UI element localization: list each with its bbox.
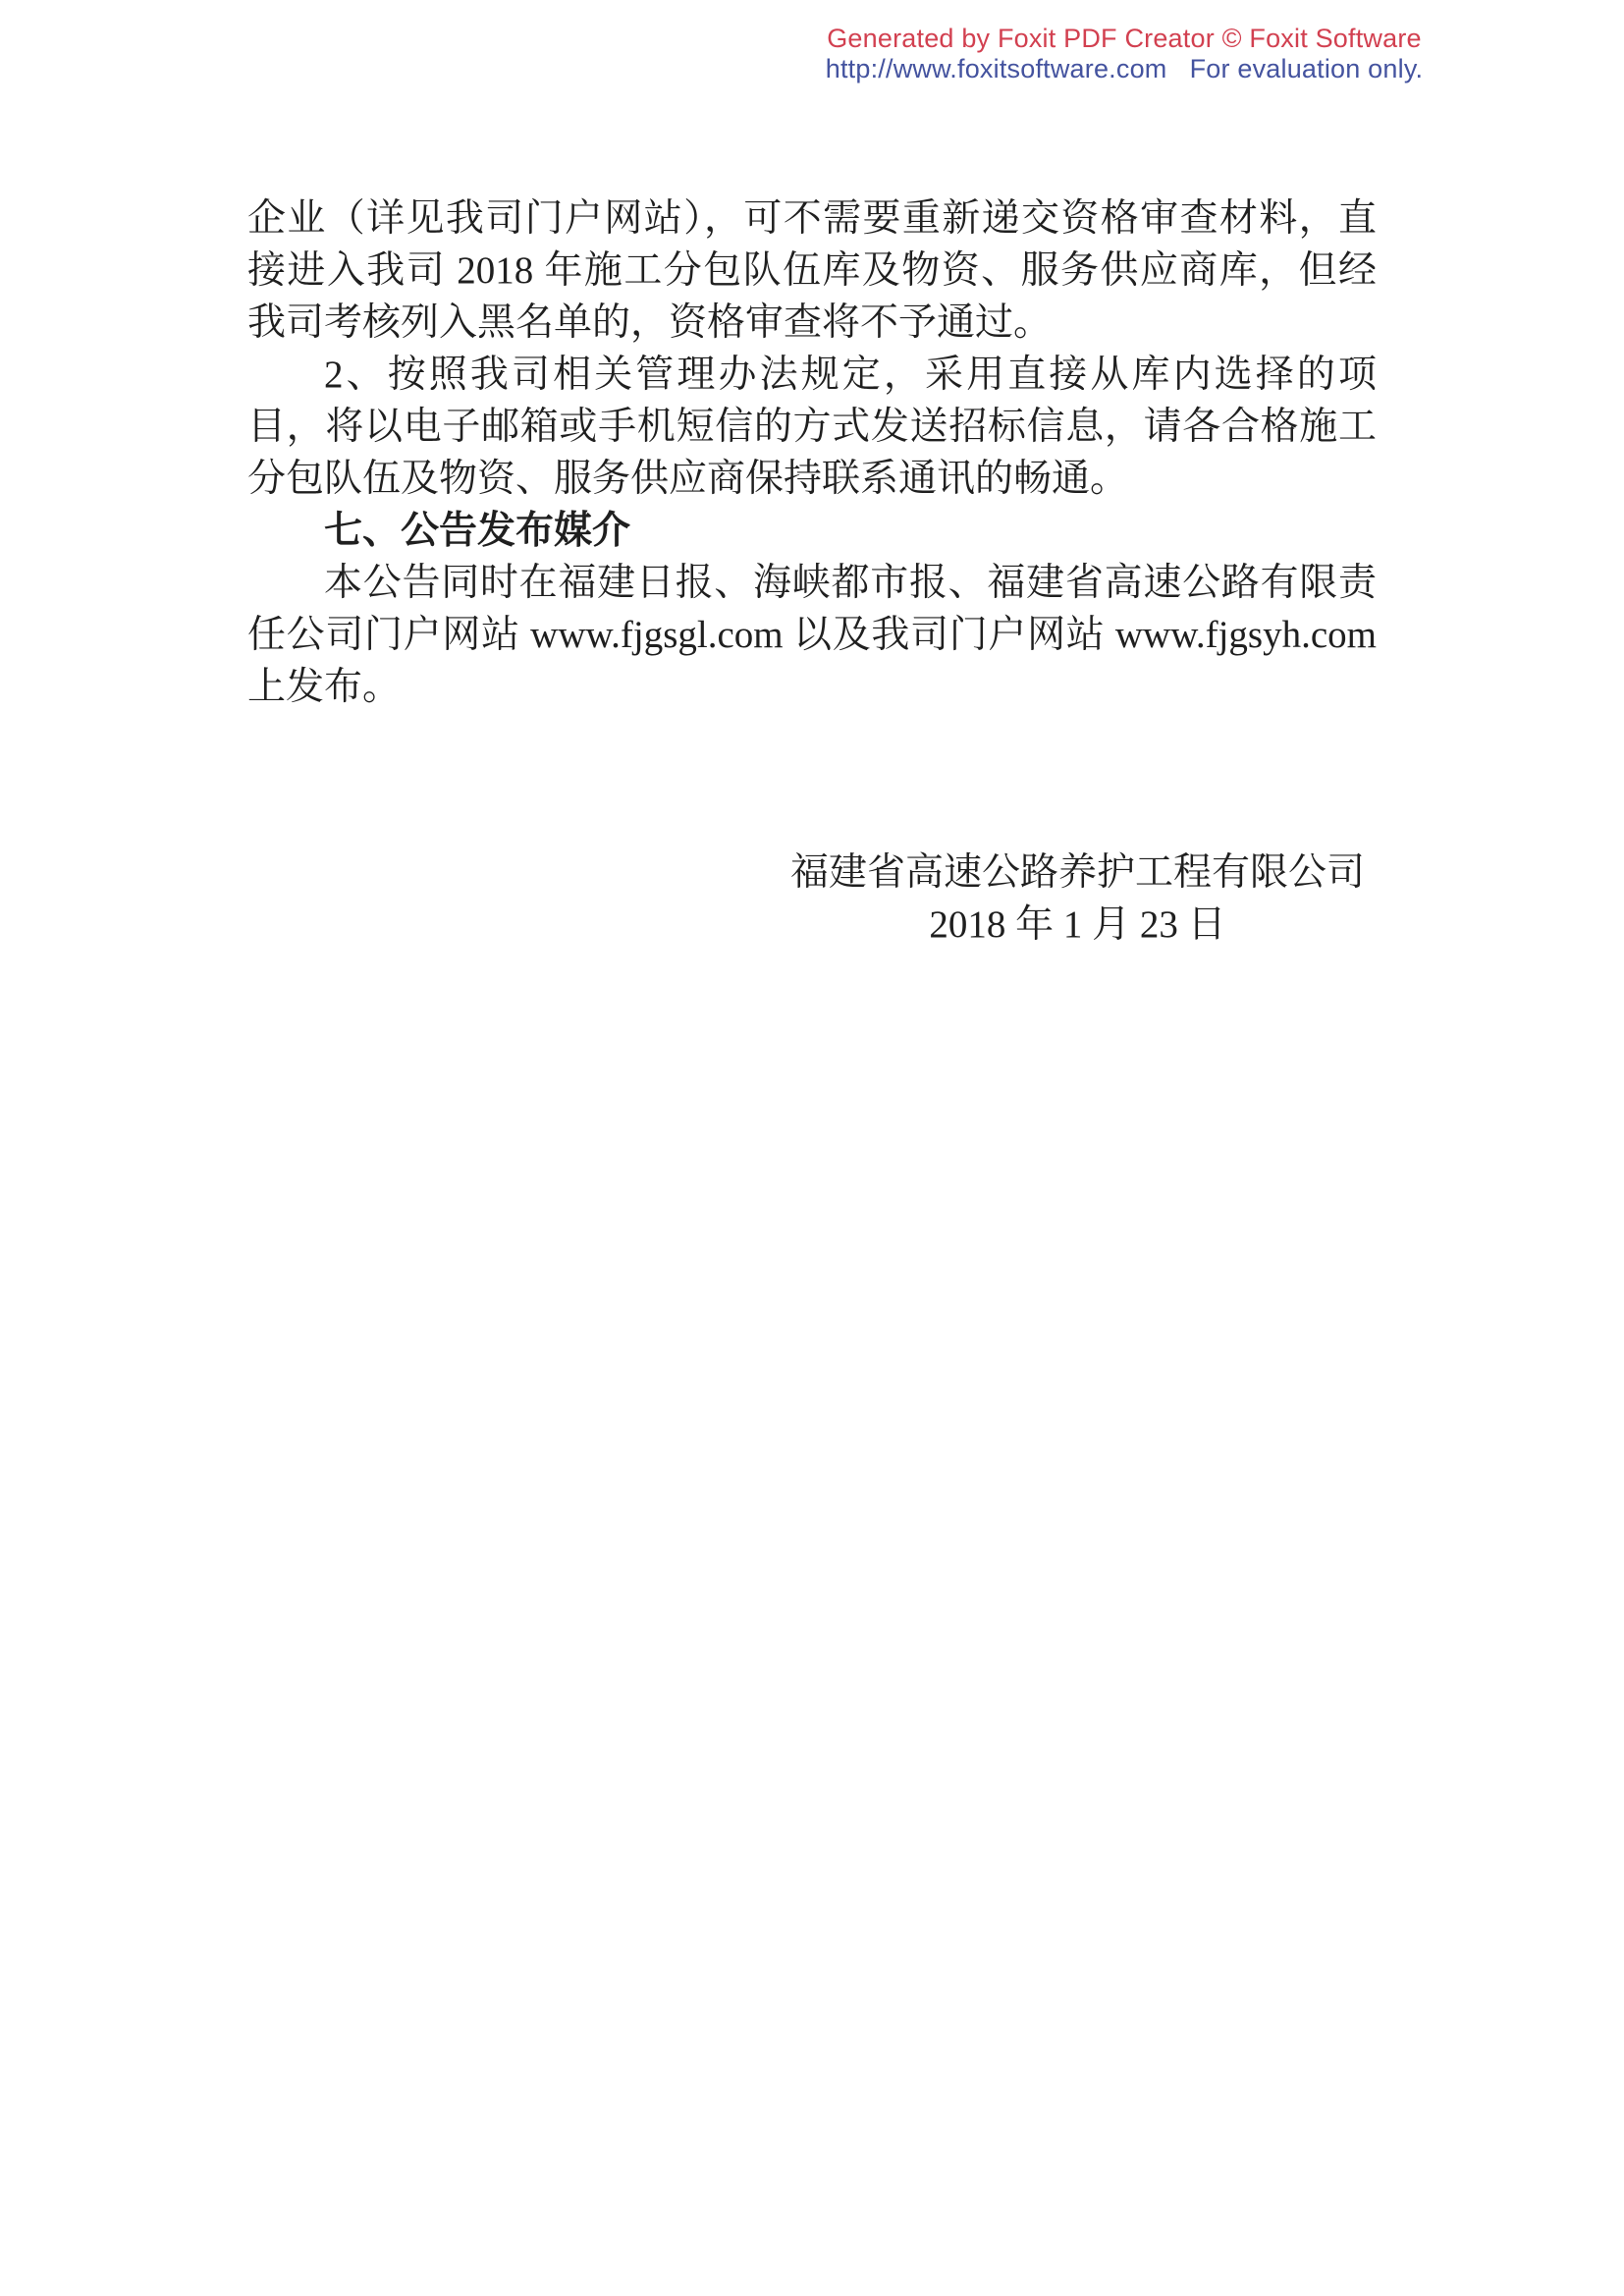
watermark-line-1: Generated by Foxit PDF Creator © Foxit S… [815,24,1434,54]
signature-company: 福建省高速公路养护工程有限公司 [790,847,1365,899]
paragraph-media-list: 本公告同时在福建日报、海峡都市报、福建省高速公路有限责任公司门户网站 www.f… [247,557,1377,713]
section-heading-announcement-media: 七、公告发布媒介 [247,505,1377,557]
signature-date: 2018 年 1 月 23 日 [790,899,1365,951]
watermark-line-2: http://www.foxitsoftware.com For evaluat… [815,54,1434,84]
paragraph-item-2: 2、按照我司相关管理办法规定，采用直接从库内选择的项目，将以电子邮箱或手机短信的… [247,349,1377,505]
signature-block: 福建省高速公路养护工程有限公司 2018 年 1 月 23 日 [790,847,1365,951]
document-body: 企业（详见我司门户网站），可不需要重新递交资格审查材料，直接进入我司 2018 … [247,192,1377,951]
document-page: Generated by Foxit PDF Creator © Foxit S… [0,0,1624,2296]
paragraph-continuation: 企业（详见我司门户网站），可不需要重新递交资格审查材料，直接进入我司 2018 … [247,192,1377,349]
foxit-watermark: Generated by Foxit PDF Creator © Foxit S… [815,24,1434,84]
